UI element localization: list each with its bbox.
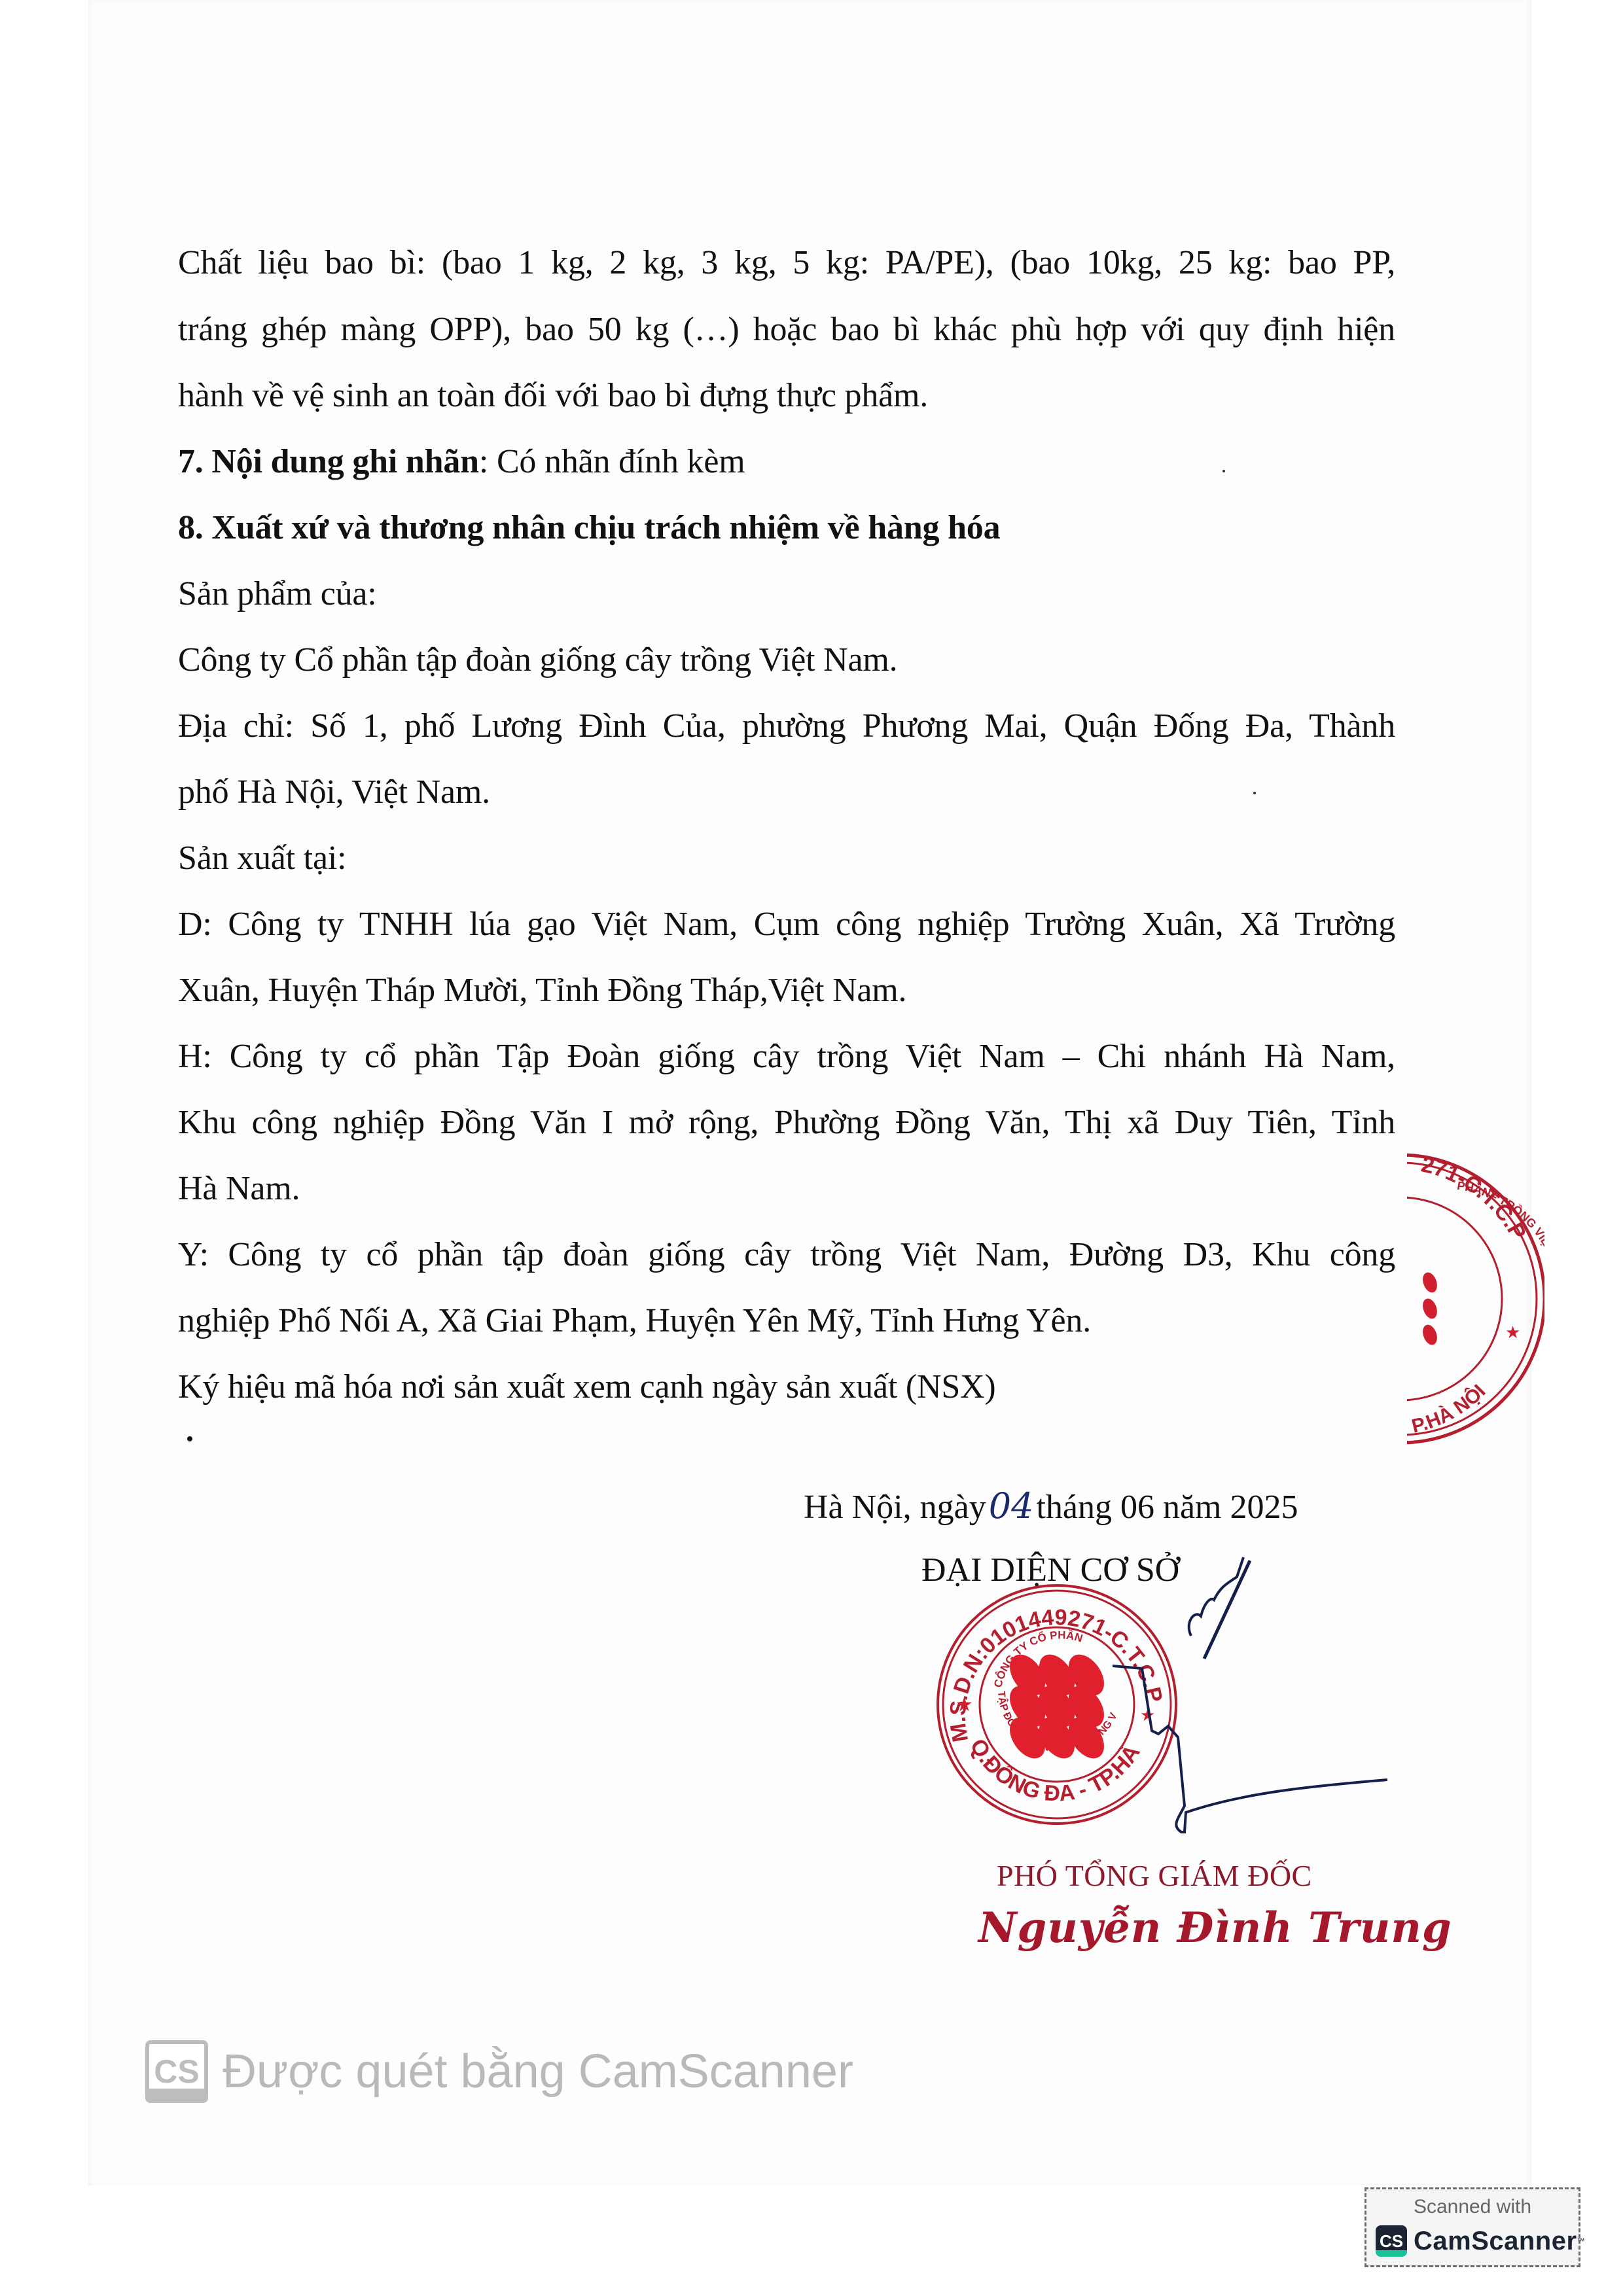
- packaging-material-line-1: Chất liệu bao bì: (bao 1 kg, 2 kg, 3 kg,…: [178, 243, 1395, 283]
- page-seal-stamp-partial: 271-C.T.C.P PHẦN - TRỒNG VIỆT NAM P.HÀ N…: [1407, 1152, 1544, 1446]
- address-line-2: phố Hà Nội, Việt Nam.: [178, 773, 490, 812]
- star-icon: ★: [955, 1694, 973, 1716]
- star-icon: ★: [1505, 1323, 1520, 1342]
- packaging-material-line-3: hành về vệ sinh an toàn đối với bao bì đ…: [178, 376, 928, 415]
- trademark-symbol: ™: [1577, 2236, 1585, 2246]
- site-h-line-1: H: Công ty cổ phần Tập Đoàn giống cây tr…: [178, 1037, 1395, 1076]
- rice-grain-logo-icon: [1420, 1271, 1440, 1347]
- company-name: Công ty Cổ phần tập đoàn giống cây trồng…: [178, 641, 897, 680]
- address-line-1: Địa chỉ: Số 1, phố Lương Đình Của, phườn…: [178, 707, 1395, 746]
- date-suffix: tháng 06 năm 2025: [1036, 1489, 1298, 1526]
- product-of-label: Sản phẩm của:: [178, 574, 377, 614]
- code-note: Ký hiệu mã hóa nơi sản xuất xem cạnh ngà…: [178, 1368, 996, 1407]
- camscanner-logo-icon: CS: [1376, 2225, 1407, 2257]
- site-y-line-2: nghiệp Phố Nối A, Xã Giai Phạm, Huyện Yê…: [178, 1301, 1091, 1341]
- section-7-value: : Có nhãn đính kèm: [479, 443, 745, 480]
- section-7: 7. Nội dung ghi nhãn: Có nhãn đính kèm: [178, 442, 745, 482]
- stray-dot: [187, 1436, 192, 1441]
- handwritten-signature: [1113, 1525, 1440, 1865]
- signer-name: Nguyễn Đình Trung: [978, 1904, 1452, 1952]
- svg-text:P.HÀ NỘI: P.HÀ NỘI: [1410, 1381, 1490, 1438]
- site-d-line-1: D: Công ty TNHH lúa gạo Việt Nam, Cụm cô…: [178, 905, 1395, 944]
- stray-mark: [1222, 470, 1225, 472]
- date-line: Hà Nội, ngày04tháng 06 năm 2025: [804, 1487, 1298, 1527]
- site-d-line-2: Xuân, Huyện Tháp Mười, Tỉnh Đồng Tháp,Vi…: [178, 971, 906, 1010]
- camscanner-watermark: CS Được quét bằng CamScanner: [145, 2040, 853, 2103]
- signer-role: PHÓ TỔNG GIÁM ĐỐC: [997, 1858, 1312, 1894]
- site-y-line-1: Y: Công ty cổ phần tập đoàn giống cây tr…: [178, 1235, 1395, 1275]
- scanned-with-badge: Scanned with CS CamScanner™: [1364, 2187, 1580, 2267]
- camscanner-logo-icon: CS: [145, 2040, 208, 2103]
- date-day-handwritten: 04: [986, 1485, 1037, 1527]
- date-prefix: Hà Nội, ngày: [804, 1489, 986, 1526]
- rice-grain-logo-icon: [1003, 1648, 1111, 1765]
- packaging-material-line-2: tráng ghép màng OPP), bao 50 kg (…) hoặc…: [178, 310, 1395, 349]
- watermark-text: Được quét bằng CamScanner: [223, 2045, 853, 2098]
- produced-at-label: Sản xuất tại:: [178, 839, 346, 878]
- badge-brand-name: CamScanner: [1414, 2227, 1577, 2256]
- section-7-heading: 7. Nội dung ghi nhãn: [178, 443, 479, 480]
- site-h-line-2: Khu công nghiệp Đồng Văn I mở rộng, Phườ…: [178, 1103, 1395, 1142]
- badge-caption: Scanned with: [1366, 2196, 1578, 2218]
- stray-mark: [1253, 792, 1256, 794]
- side-stamp-bottom-text: P.HÀ NỘI: [1410, 1381, 1490, 1438]
- site-h-line-3: Hà Nam.: [178, 1169, 300, 1209]
- section-8-heading: 8. Xuất xứ và thương nhân chịu trách nhi…: [178, 508, 1000, 548]
